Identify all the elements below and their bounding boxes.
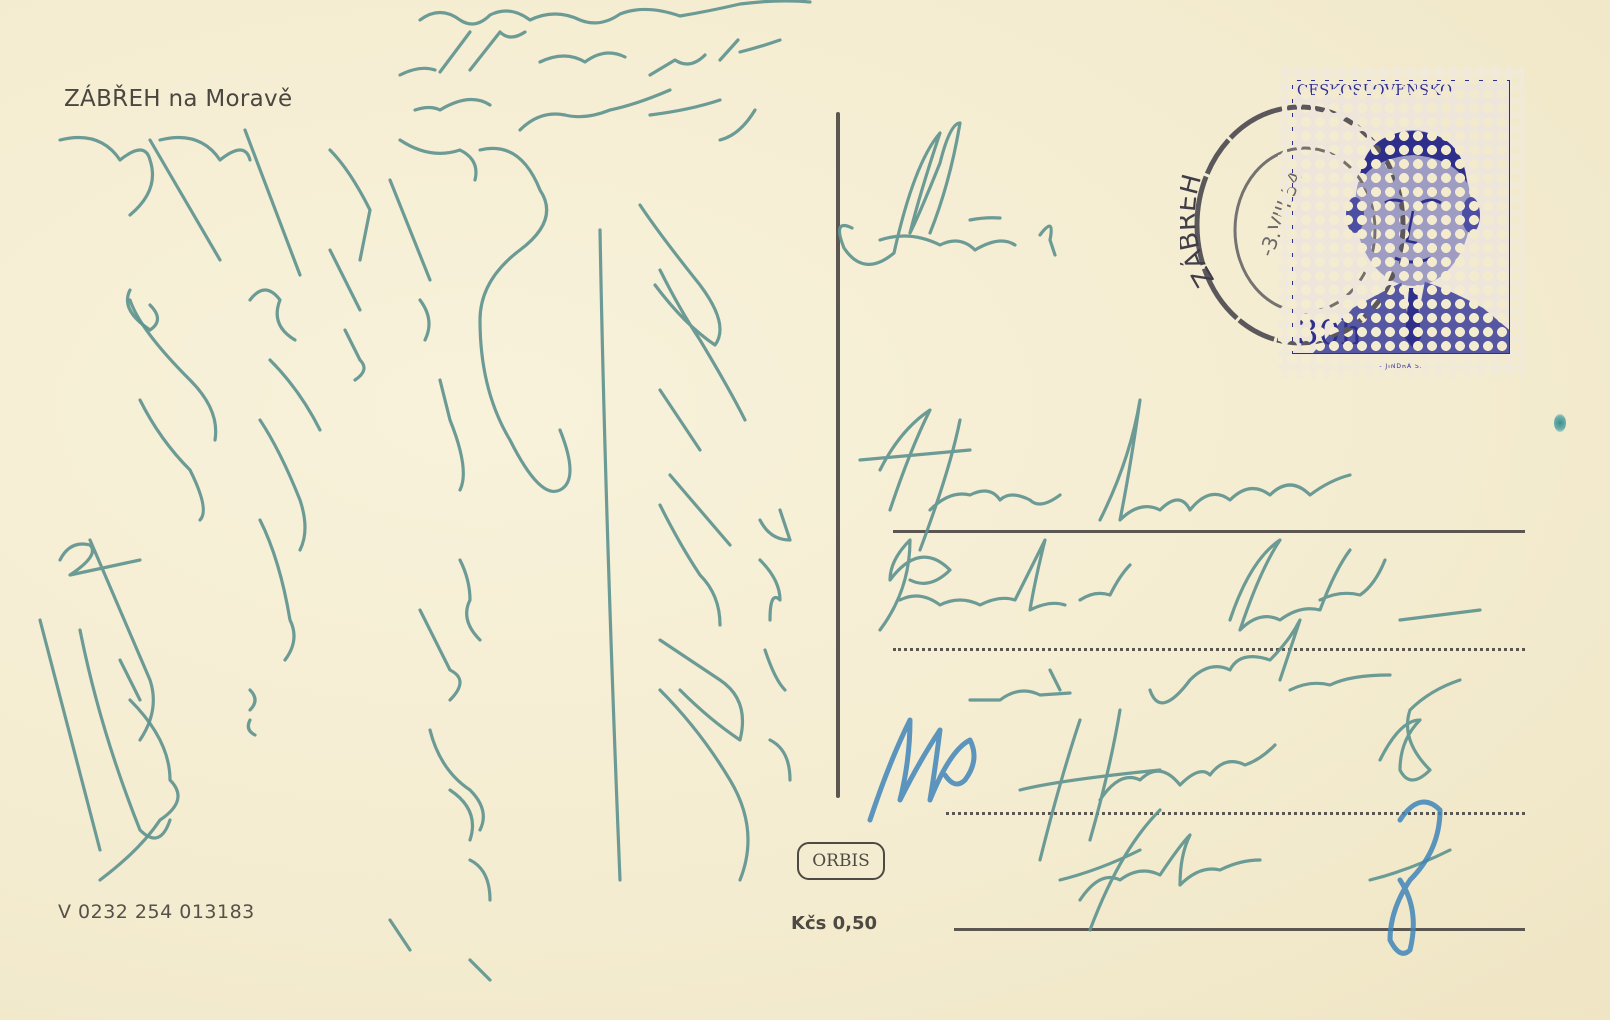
publisher-logo: ORBIS bbox=[797, 842, 885, 880]
address-line-3 bbox=[946, 812, 1525, 815]
postage-stamp: CESKOSLOVENSKO 30h - JINDRA S. bbox=[1278, 66, 1524, 378]
stamp-engraver: - JINDRA S. bbox=[1278, 363, 1524, 370]
stamp-frame: CESKOSLOVENSKO 30h bbox=[1292, 80, 1510, 354]
ink-stain bbox=[1554, 414, 1566, 432]
address-line-4 bbox=[954, 928, 1525, 931]
address-line-1 bbox=[893, 530, 1525, 533]
stamp-value: 30h bbox=[1297, 313, 1362, 353]
postcard-back: ZÁBŘEH na Moravě V 0232 254 013183 ORBIS… bbox=[0, 0, 1610, 1020]
catalog-number: V 0232 254 013183 bbox=[58, 901, 255, 923]
center-divider bbox=[836, 112, 840, 798]
address-line-2 bbox=[893, 648, 1525, 651]
stamp-country: CESKOSLOVENSKO bbox=[1297, 83, 1507, 99]
price-label: Kčs 0,50 bbox=[791, 913, 877, 934]
place-title: ZÁBŘEH na Moravě bbox=[64, 86, 292, 112]
postmark-town: ZÁBŘEH bbox=[1180, 171, 1221, 292]
